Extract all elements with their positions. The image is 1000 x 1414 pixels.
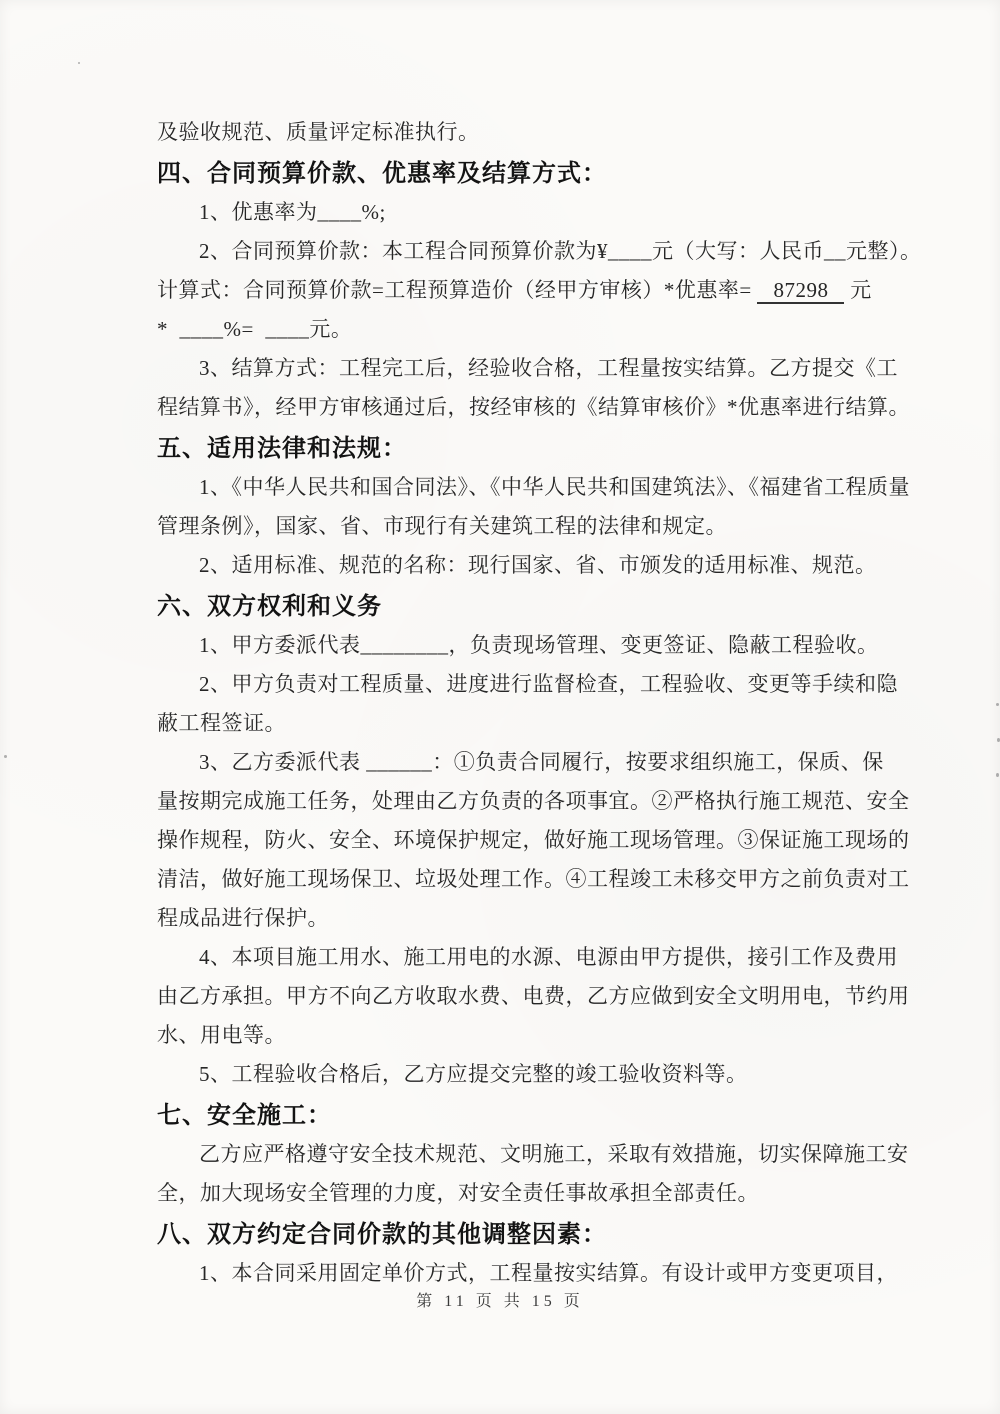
- section-heading-7: 七、安全施工：: [157, 1096, 865, 1135]
- paragraph-line: 2、甲方负责对工程质量、进度进行监督检查，工程验收、变更等手续和隐: [157, 665, 865, 704]
- scan-speck: [78, 62, 80, 64]
- scan-speck: [996, 703, 999, 706]
- formula-prefix: 计算式：合同预算价款=工程预算造价（经甲方审核）*优惠率=: [157, 278, 757, 302]
- scan-speck: [4, 755, 7, 758]
- paragraph-line: 及验收规范、质量评定标准执行。: [157, 113, 865, 152]
- contract-body: 及验收规范、质量评定标准执行。 四、合同预算价款、优惠率及结算方式： 1、优惠率…: [157, 113, 865, 1293]
- paragraph-line: 由乙方承担。甲方不向乙方收取水费、电费，乙方应做到安全文明用电，节约用: [157, 977, 865, 1016]
- paragraph-line: 量按期完成施工任务，处理由乙方负责的各项事宜。②严格执行施工规范、安全: [157, 782, 865, 821]
- paragraph-line: 1、甲方委派代表________，负责现场管理、变更签证、隐蔽工程验收。: [157, 626, 865, 665]
- paragraph-line: * ____%= ____元。: [157, 310, 865, 349]
- formula-suffix: 元: [844, 278, 871, 302]
- paragraph-line: 清洁，做好施工现场保卫、垃圾处理工作。④工程竣工未移交甲方之前负责对工: [157, 860, 865, 899]
- paragraph-line: 水、用电等。: [157, 1016, 865, 1055]
- page-footer: 第 11 页 共 15 页: [0, 1288, 1000, 1311]
- paragraph-line: 管理条例》，国家、省、市现行有关建筑工程的法律和规定。: [157, 507, 865, 546]
- paragraph-line: 乙方应严格遵守安全技术规范、文明施工，采取有效措施，切实保障施工安: [157, 1135, 865, 1174]
- paragraph-line: 1、优惠率为____%;: [157, 193, 865, 232]
- paragraph-line: 2、合同预算价款：本工程合同预算价款为¥____元（大写：人民币__元整）。: [157, 232, 865, 271]
- formula-line: 计算式：合同预算价款=工程预算造价（经甲方审核）*优惠率= 87298 元: [157, 271, 865, 310]
- paragraph-line: 程成品进行保护。: [157, 899, 865, 938]
- budget-amount-value: 87298: [757, 278, 844, 304]
- section-heading-6: 六、双方权利和义务: [157, 587, 865, 626]
- section-heading-8: 八、双方约定合同价款的其他调整因素：: [157, 1215, 865, 1254]
- paragraph-line: 2、适用标准、规范的名称：现行国家、省、市颁发的适用标准、规范。: [157, 546, 865, 585]
- paragraph-line: 全，加大现场安全管理的力度，对安全责任事故承担全部责任。: [157, 1174, 865, 1213]
- section-heading-4: 四、合同预算价款、优惠率及结算方式：: [157, 154, 865, 193]
- paragraph-line: 3、结算方式：工程完工后，经验收合格，工程量按实结算。乙方提交《工: [157, 349, 865, 388]
- scan-speck: [996, 773, 999, 777]
- paragraph-line: 操作规程，防火、安全、环境保护规定，做好施工现场管理。③保证施工现场的: [157, 821, 865, 860]
- paragraph-line: 1、《中华人民共和国合同法》、《中华人民共和国建筑法》、《福建省工程质量: [157, 468, 865, 507]
- paragraph-line: 蔽工程签证。: [157, 704, 865, 743]
- paragraph-line: 4、本项目施工用水、施工用电的水源、电源由甲方提供，接引工作及费用: [157, 938, 865, 977]
- paragraph-line: 5、工程验收合格后，乙方应提交完整的竣工验收资料等。: [157, 1055, 865, 1094]
- contract-page: 及验收规范、质量评定标准执行。 四、合同预算价款、优惠率及结算方式： 1、优惠率…: [0, 0, 1000, 1414]
- paragraph-line: 程结算书》，经甲方审核通过后，按经审核的《结算审核价》*优惠率进行结算。: [157, 388, 865, 427]
- section-heading-5: 五、适用法律和法规：: [157, 429, 865, 468]
- paragraph-line: 3、乙方委派代表 ______：①负责合同履行，按要求组织施工，保质、保: [157, 743, 865, 782]
